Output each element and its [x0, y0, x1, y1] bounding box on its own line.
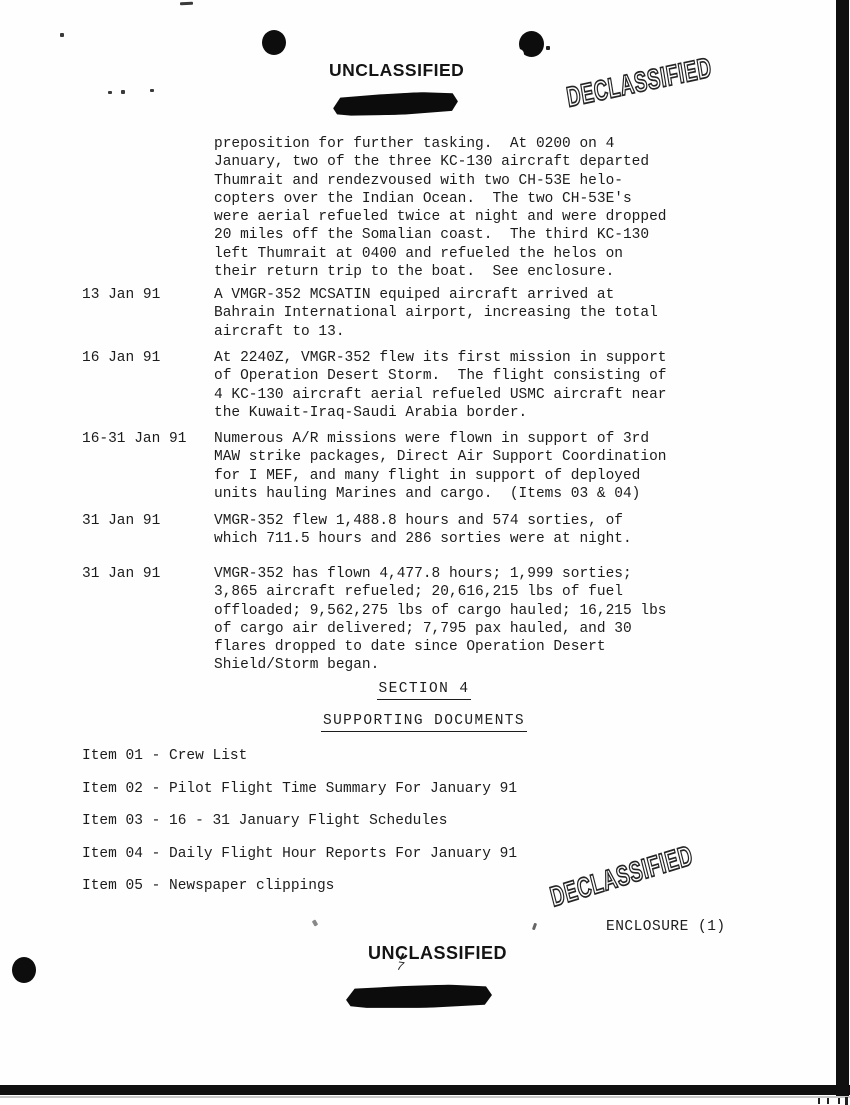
scanned-document-page: UNCLASSIFIED DECLASSIFIED preposition fo… [0, 0, 850, 1105]
scan-speck [121, 90, 125, 94]
section-title-row: SECTION 4 [0, 679, 848, 700]
log-entry-date: 16-31 Jan 91 [82, 430, 186, 448]
classification-header: UNCLASSIFIED [329, 60, 464, 81]
scan-speck [108, 91, 112, 94]
supporting-document-item: Item 01 - Crew List [82, 747, 517, 765]
scan-tick-mark [818, 1098, 820, 1104]
scan-tick-mark [845, 1097, 848, 1105]
enclosure-label: ENCLOSURE (1) [606, 919, 726, 935]
hole-punch-mark [262, 30, 286, 55]
redaction-mark-bottom [346, 984, 492, 1009]
hole-punch-mark [12, 957, 36, 983]
supporting-documents-list: Item 01 - Crew List Item 02 - Pilot Flig… [82, 747, 517, 910]
declassified-stamp-top: DECLASSIFIED [565, 53, 714, 111]
declassified-stamp-bottom: DECLASSIFIED [548, 841, 696, 911]
hole-punch-notch [514, 49, 524, 59]
log-entry-text: A VMGR-352 MCSATIN equiped aircraft arri… [214, 286, 714, 341]
log-entry-text: VMGR-352 has flown 4,477.8 hours; 1,999 … [214, 565, 714, 675]
scan-speck [532, 923, 537, 931]
supporting-document-item: Item 02 - Pilot Flight Time Summary For … [82, 780, 517, 798]
scan-tick-mark [827, 1098, 829, 1104]
log-entry-date: 13 Jan 91 [82, 286, 160, 304]
log-entry-date: 31 Jan 91 [82, 512, 160, 530]
log-entry-date: 31 Jan 91 [82, 565, 160, 583]
log-entry-date: 16 Jan 91 [82, 349, 160, 367]
handwritten-mark: 7 [396, 959, 405, 974]
supporting-document-item: Item 04 - Daily Flight Hour Reports For … [82, 845, 517, 863]
scan-speck [60, 33, 64, 37]
scan-speck [150, 89, 154, 92]
scan-speck [546, 46, 550, 50]
log-entry-text: At 2240Z, VMGR-352 flew its first missio… [214, 349, 714, 422]
scan-edge-bottom-shadow [0, 1096, 850, 1098]
scan-tick-mark [838, 1098, 840, 1104]
log-entry-text: Numerous A/R missions were flown in supp… [214, 430, 714, 503]
section-subtitle-row: SUPPORTING DOCUMENTS [0, 711, 848, 732]
section-subtitle: SUPPORTING DOCUMENTS [321, 713, 527, 732]
log-entry-text: VMGR-352 flew 1,488.8 hours and 574 sort… [214, 512, 714, 549]
supporting-document-item: Item 03 - 16 - 31 January Flight Schedul… [82, 812, 517, 830]
classification-footer: UNCLASSIFIED [368, 943, 507, 964]
section-title: SECTION 4 [377, 681, 472, 700]
supporting-document-item: Item 05 - Newspaper clippings [82, 877, 517, 895]
log-entry-text: preposition for further tasking. At 0200… [214, 135, 714, 281]
scan-speck [312, 919, 318, 926]
scan-speck [180, 2, 193, 5]
scan-edge-bottom [0, 1085, 850, 1095]
scan-edge-right [836, 0, 849, 1096]
redaction-mark-top [333, 91, 459, 117]
